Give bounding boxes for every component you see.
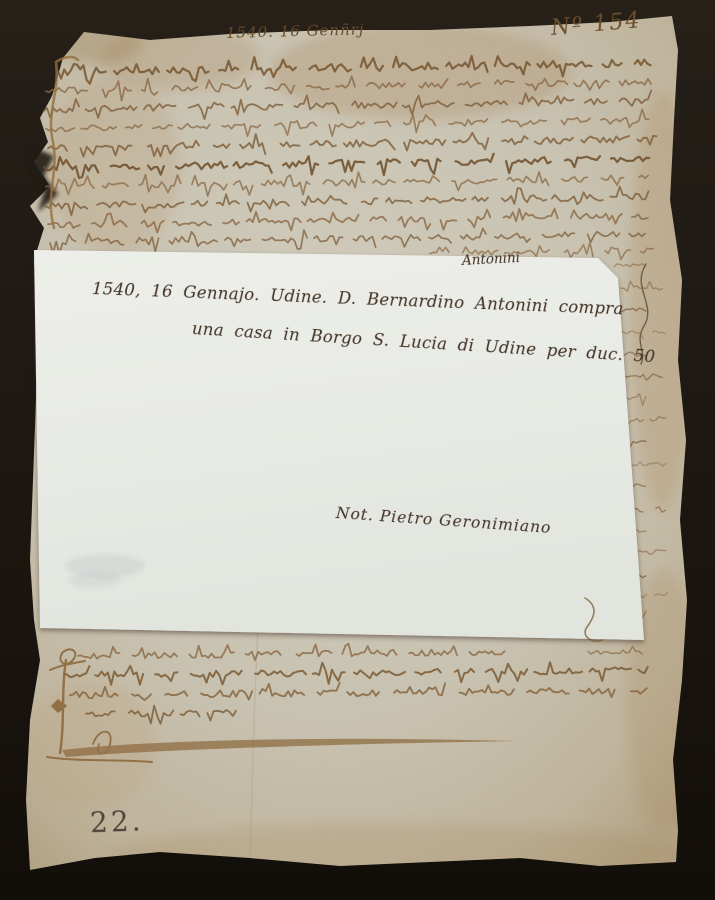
page-number: 22. (89, 804, 144, 839)
document-scan (0, 0, 715, 900)
header-date-annotation: 1540. 16 Genñrj (226, 20, 365, 42)
slip-annotation-name: Antonini (462, 250, 521, 269)
scanned-document-page: 1540. 16 Genñrj Nº 154 Antonini 1540, 16… (0, 0, 715, 900)
